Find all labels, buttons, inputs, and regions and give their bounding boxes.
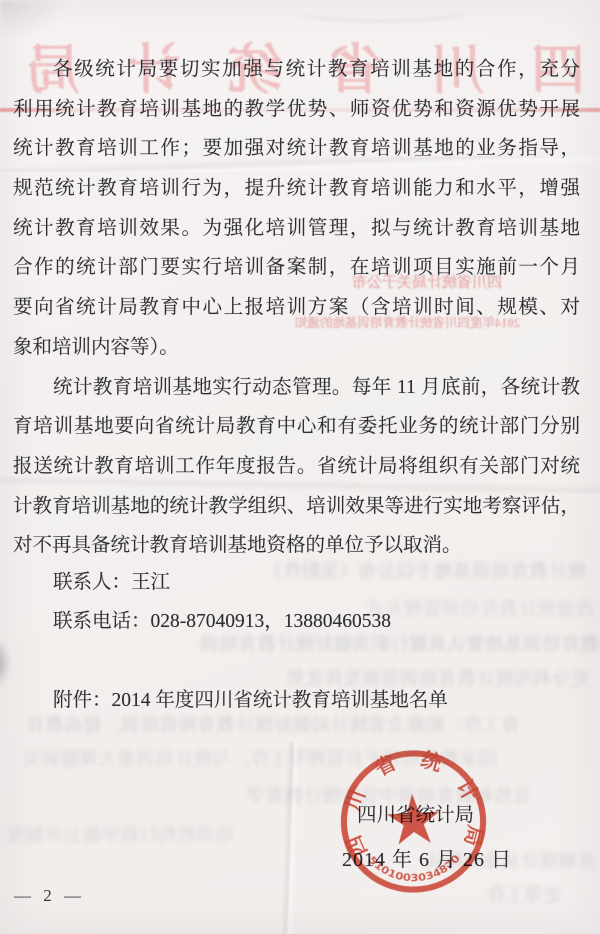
bleed-smudge: 定等工作 bbox=[486, 880, 562, 907]
bleed-smudge: 培训机构行政审批公开制度 bbox=[6, 820, 234, 847]
page-number: — 2 — bbox=[14, 886, 85, 906]
body-line: 象和培训内容等）。 bbox=[13, 328, 580, 368]
contact-person-line: 联系人：王江 bbox=[13, 563, 580, 603]
body-line: 统计教育培训工作；要加强对统计教育培训基地的业务指导， bbox=[13, 129, 580, 169]
body-line: 对不再具备统计教育培训基地资格的单位予以取消。 bbox=[13, 526, 580, 566]
crease-mark bbox=[0, 638, 11, 688]
body-line: 规范统计教育培训行为，提升统计教育培训能力和水平，增强 bbox=[13, 169, 580, 209]
body-line: 各级统计局要切实加强与统计教育培训基地的合作，充分 bbox=[13, 50, 580, 90]
body-line: 要向省统计局教育中心上报培训方案（含培训时间、规模、对 bbox=[13, 288, 580, 328]
body-line: 报送统计教育培训工作年度报告。省统计局将组织有关部门对统 bbox=[13, 447, 580, 487]
official-seal: 四川省统计局 5101003034870 bbox=[333, 741, 494, 902]
body-line: 统计教育培训基地实行动态管理。每年 11 月底前，各统计教 bbox=[13, 368, 580, 408]
attachment-line: 附件：2014 年度四川省统计教育培训基地名单 bbox=[13, 681, 580, 721]
contact-phone-line: 联系电话：028-87040913，13880460538 bbox=[13, 602, 580, 642]
body-line: 计教育培训基地的统计教学组织、培训效果等进行实地考察评估， bbox=[13, 487, 580, 527]
scanned-document-page: 四川省统计局 四川省统计局关于公布 2014年度四川省统计教育培训基地的通知 统… bbox=[0, 0, 600, 934]
body-line: 统计教育培训效果。为强化培训管理，拟与统计教育培训基地 bbox=[13, 209, 580, 249]
crease-mark bbox=[296, 0, 466, 22]
body-line: 利用统计教育培训基地的教学优势、师资优势和资源优势开展 bbox=[13, 90, 580, 130]
seal-star-icon bbox=[386, 793, 441, 845]
body-line: 育培训基地要向省统计局教育中心和有委托业务的统计部门分别 bbox=[13, 407, 580, 447]
body-line: 合作的统计部门要实行培训备案制，在培训项目实施前一个月 bbox=[13, 248, 580, 288]
